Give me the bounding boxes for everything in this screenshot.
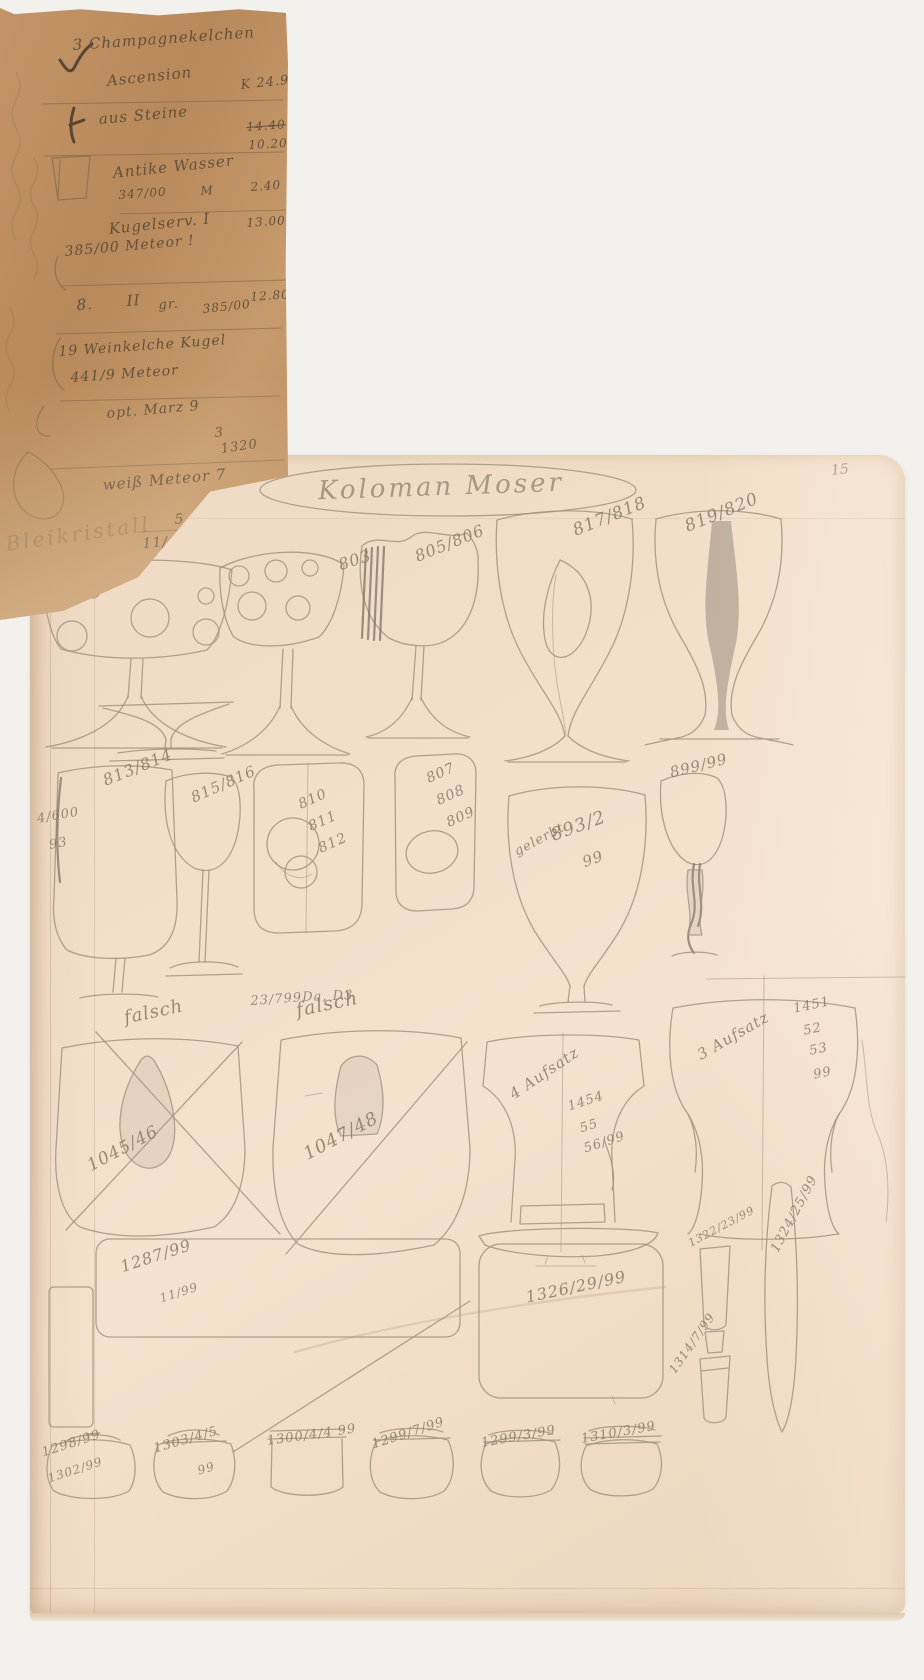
note-text-line: 385/00 Meteor ! bbox=[64, 233, 195, 260]
note-text-line: K 24.90 bbox=[240, 72, 299, 93]
note-text-line: 12.80 bbox=[250, 287, 290, 304]
page-top-crease bbox=[96, 518, 905, 519]
note-text-line: M bbox=[200, 183, 214, 198]
note-text-line: 347/00 bbox=[118, 185, 167, 202]
sketch-label: 93 bbox=[48, 835, 69, 853]
note-text-line: aus Steine bbox=[98, 102, 189, 128]
bleed-through-column-2 bbox=[31, 158, 38, 278]
note-text-line: 10.20 bbox=[248, 136, 288, 152]
note-text-line: 13.00 bbox=[246, 213, 286, 230]
glass-doodles bbox=[53, 256, 66, 390]
note-text-line: 385/00 bbox=[202, 297, 251, 316]
bleed-through-column-1 bbox=[12, 72, 20, 240]
page-bottom-edge bbox=[30, 1613, 905, 1621]
note-text-line: II bbox=[126, 291, 141, 310]
note-text-line: 3 Champagnekelchen bbox=[72, 23, 255, 54]
page-bottom-fold bbox=[30, 1588, 905, 1589]
note-text-line: 8. bbox=[76, 295, 94, 314]
note-text-line: Kugelserv. I bbox=[108, 209, 211, 238]
note-text-line: Antike Wasser bbox=[112, 151, 235, 182]
note-text-line: gr. bbox=[158, 297, 179, 313]
note-text-line: Ascension bbox=[106, 63, 193, 90]
page-left-crease bbox=[50, 455, 51, 1613]
pen-mark bbox=[70, 108, 84, 142]
note-text-line: 14.40 bbox=[246, 117, 286, 134]
page-number: 15 bbox=[830, 461, 849, 479]
note-text-line: 2.40 bbox=[250, 178, 282, 194]
cup-doodle bbox=[52, 156, 90, 200]
scanned-album-page: 803805/806817/818819/820813/814815/8164/… bbox=[0, 0, 924, 1680]
note-text-line: 19 Weinkelche Kugel bbox=[58, 332, 227, 360]
